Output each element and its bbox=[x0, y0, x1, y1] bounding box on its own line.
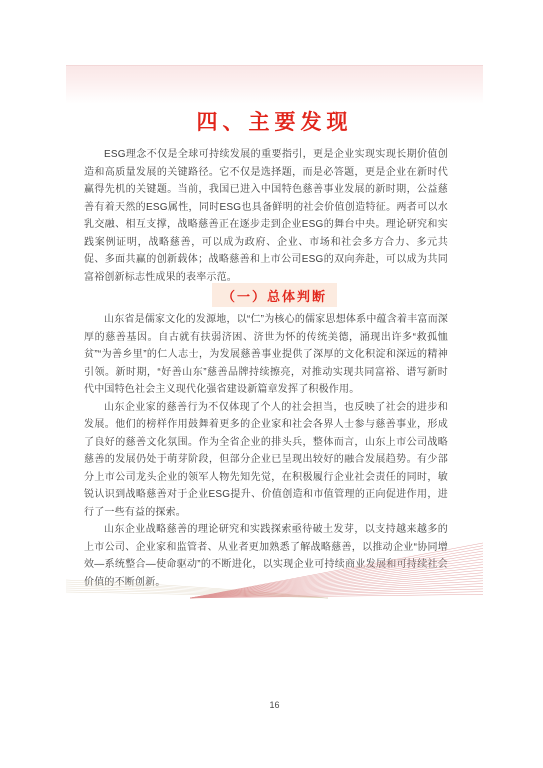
subsection-title-row: （一）总体判断 bbox=[66, 283, 483, 307]
document-canvas: 四、主要发现 ESG理念不仅是全球可持续发展的重要指引，更是企业实现实现长期价值… bbox=[0, 0, 543, 768]
red-fan-decoration bbox=[66, 540, 483, 602]
paragraph: 山东企业家的慈善行为不仅体现了个人的社会担当，也反映了社会的进步和发展。他们的榜… bbox=[84, 399, 448, 522]
top-gradient-band bbox=[66, 65, 483, 104]
subsection-title: （一）总体判断 bbox=[212, 283, 337, 307]
intro-paragraph: ESG理念不仅是全球可持续发展的重要指引，更是企业实现实现长期价值创造和高质量发… bbox=[84, 146, 448, 286]
paragraph: 山东省是儒家文化的发源地，以“仁”为核心的儒家思想体系中蕴含着丰富而深厚的慈善基… bbox=[84, 311, 448, 399]
section-title: 四、主要发现 bbox=[66, 106, 483, 136]
report-page: 四、主要发现 ESG理念不仅是全球可持续发展的重要指引，更是企业实现实现长期价值… bbox=[66, 0, 483, 768]
page-number: 16 bbox=[66, 700, 483, 710]
